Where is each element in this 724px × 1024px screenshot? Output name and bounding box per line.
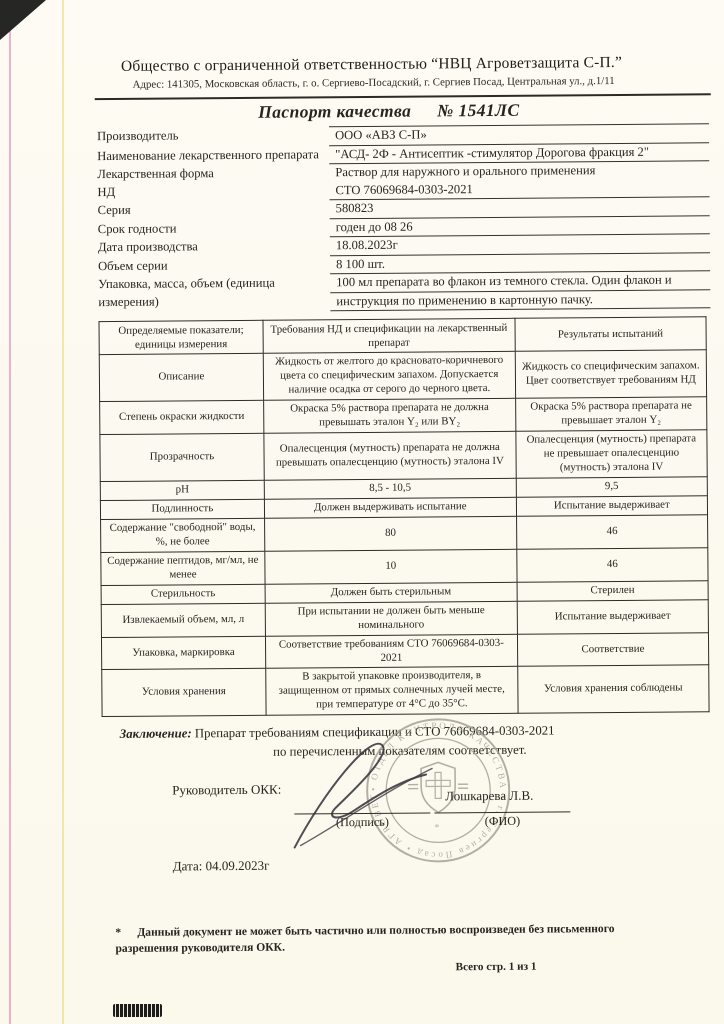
col-header-results: Результаты испытаний xyxy=(515,317,706,352)
table-row: Описание Жидкость от желтого до краснова… xyxy=(99,350,706,402)
scan-corner-artifact xyxy=(0,0,46,40)
table-header-row: Определяемые показатели; единицы измерен… xyxy=(99,317,706,355)
asterisk: * xyxy=(115,925,137,941)
signature-mark xyxy=(274,725,465,856)
signatory-role-label: Руководитель ОКК: xyxy=(172,782,281,799)
field-label: НД xyxy=(97,182,329,202)
col-header-requirements: Требования НД и спецификации на лекарств… xyxy=(263,318,515,353)
cell-parameter: Содержание пептидов, мг/мл, не менее xyxy=(101,551,265,585)
field-value-packaging: 100 мл препарата во флакон из темного ст… xyxy=(330,271,710,311)
cell-result: Испытание выдерживает xyxy=(517,599,708,633)
cell-requirement: 8,5 - 10,5 xyxy=(264,478,516,499)
cell-result: Опалесценция (мутность) препарата не пре… xyxy=(516,430,708,478)
col-header-parameters: Определяемые показатели; единицы измерен… xyxy=(99,320,263,355)
cell-parameter: Извлекаемый объем, мл, л xyxy=(101,603,265,637)
specification-table: Определяемые показатели; единицы измерен… xyxy=(98,316,709,717)
signatory-name: Лошкарева Л.В. xyxy=(445,788,533,805)
cell-result: Испытание выдерживает xyxy=(516,496,707,516)
field-label: Объем серии xyxy=(98,256,330,276)
cell-parameter: Описание xyxy=(99,354,263,402)
passport-fields: Производитель ООО «АВЗ С-П» Наименование… xyxy=(97,123,710,313)
table-row: Упаковка, маркировка Соответствие требов… xyxy=(101,632,708,670)
cell-requirement: Должен выдерживать испытание xyxy=(264,497,516,518)
cell-parameter: Стерильность xyxy=(101,584,265,604)
organization-address: Адрес: 141305, Московская область, г. о.… xyxy=(27,74,721,91)
cell-requirement: Окраска 5% раствора препарата не должна … xyxy=(263,398,515,433)
cell-parameter: Прозрачность xyxy=(100,433,264,481)
document-title-text: Паспорт качества xyxy=(258,101,411,122)
document-number: № 1541ЛС xyxy=(437,100,519,121)
cell-result: Окраска 5% раствора препарата не превыша… xyxy=(515,397,706,431)
cell-requirement: Жидкость от желтого до красновато-коричн… xyxy=(263,352,515,401)
cell-result: 46 xyxy=(517,548,708,582)
field-label: Дата производства xyxy=(98,237,330,257)
field-label: Срок годности xyxy=(98,219,330,239)
table-row: Степень окраски жидкости Окраска 5% раст… xyxy=(100,397,707,435)
cell-result: Соответствие xyxy=(517,632,708,666)
cell-parameter: Степень окраски жидкости xyxy=(100,400,264,434)
note-text1: Данный документ не может быть частично и… xyxy=(137,922,614,939)
cell-requirement: 80 xyxy=(264,516,516,551)
field-label: Наименование лекарственного препарата xyxy=(97,146,329,166)
table-row: Прозрачность Опалесценция (мутность) пре… xyxy=(100,430,707,482)
cell-requirement: Должен быть стерильным xyxy=(265,582,517,603)
table-row: Извлекаемый объем, мл, л При испытании н… xyxy=(101,599,708,637)
cell-requirement: Соответствие требованиям СТО 76069684-03… xyxy=(265,634,517,669)
cell-parameter: Условия хранения xyxy=(102,669,266,717)
cell-parameter: Упаковка, маркировка xyxy=(101,636,265,670)
cell-result: Стерилен xyxy=(517,580,708,600)
signature-caption: (Подпись) xyxy=(294,815,430,831)
organization-name: Общество с ограниченной ответственностью… xyxy=(32,53,710,76)
conclusion-label: Заключение: xyxy=(120,727,192,742)
field-label: Упаковка, масса, объем (единица измерени… xyxy=(98,274,330,313)
field-label: Производитель xyxy=(97,126,329,147)
cell-parameter: pH xyxy=(100,480,264,500)
cell-result: 9,5 xyxy=(516,477,707,497)
cell-result: 46 xyxy=(516,515,707,549)
cell-parameter: Подлинность xyxy=(100,499,264,519)
table-row: Условия хранения В закрытой упаковке про… xyxy=(102,665,709,717)
cell-requirement: Опалесценция (мутность) препарата не дол… xyxy=(264,431,516,480)
cell-requirement: 10 xyxy=(265,549,517,584)
document-title: Паспорт качества№ 1541ЛС xyxy=(57,98,721,124)
table-row: Содержание "свободной" воды, %, не более… xyxy=(101,515,708,553)
barcode-mark xyxy=(113,1004,162,1017)
name-caption: (ФИО) xyxy=(434,814,570,830)
signature-area: • ОТДЕЛ КОНТРОЛЯ КАЧЕСТВА • г. Сергиев П… xyxy=(2,770,724,850)
field-label: Серия xyxy=(98,200,330,220)
copy-restriction-note: *Данный документ не может быть частично … xyxy=(115,921,695,957)
field-label: Лекарственная форма xyxy=(97,164,329,183)
cell-requirement: В закрытой упаковке производителя, в защ… xyxy=(266,667,518,716)
cell-result: Жидкость со специфическим запахом. Цвет … xyxy=(515,350,707,398)
cell-result: Условия хранения соблюдены xyxy=(517,665,709,713)
page-count: Всего стр. 1 из 1 xyxy=(456,959,724,973)
table-row: Содержание пептидов, мг/мл, не менее 10 … xyxy=(101,548,708,586)
cell-parameter: Содержание "свободной" воды, %, не более xyxy=(101,518,265,552)
cell-requirement: При испытании не должен быть меньше номи… xyxy=(265,601,517,636)
field-value-packaging-line2: инструкция по применению в картонную пач… xyxy=(330,290,710,311)
scanned-document-sheet: Общество с ограниченной ответственностью… xyxy=(0,0,724,1024)
